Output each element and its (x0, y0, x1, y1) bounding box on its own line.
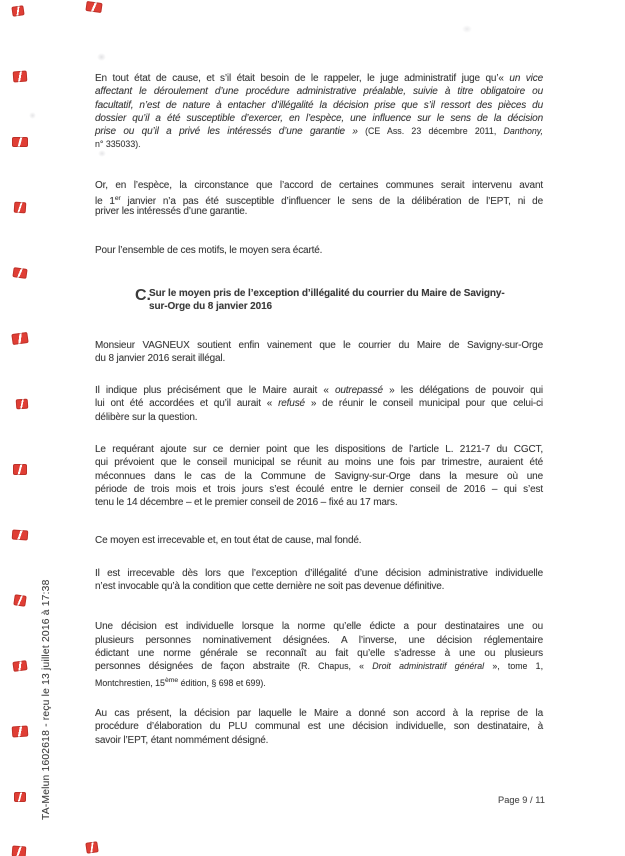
text-line: édictant une norme générale se reconnaît… (95, 647, 543, 660)
text-line: sur-Orge du 8 janvier 2016 (149, 300, 543, 313)
scan-smudge (462, 25, 472, 33)
paragraph: En tout état de cause, et s’il était bes… (95, 72, 543, 152)
red-edge-mark (12, 725, 29, 737)
red-edge-mark (12, 137, 28, 147)
paragraph: Ce moyen est irrecevable et, en tout éta… (95, 534, 543, 547)
text-line: procédure d’élaboration du PLU communal … (95, 720, 543, 733)
text-line: du 8 janvier 2016 serait illégal. (95, 352, 543, 365)
red-edge-mark (12, 660, 27, 672)
text-line: affectant le déroulement d’une procédure… (95, 85, 543, 98)
red-edge-mark (14, 792, 26, 802)
paragraph: Au cas présent, la décision par laquelle… (95, 707, 543, 747)
text-line: prise ou qu’il a privé les intéressés d’… (95, 125, 543, 138)
paragraph: Pour l’ensemble de ces motifs, le moyen … (95, 244, 543, 257)
red-edge-mark (12, 267, 27, 279)
text-line: Pour l’ensemble de ces motifs, le moyen … (95, 244, 543, 257)
red-edge-mark (13, 464, 27, 475)
red-edge-mark (85, 1, 102, 13)
tribunal-receipt-stamp: TA-Melun 1602618 - reçu le 13 juillet 20… (41, 580, 52, 821)
scanned-document-page: TA-Melun 1602618 - reçu le 13 juillet 20… (0, 0, 625, 856)
red-edge-mark (13, 594, 26, 607)
text-line: Ce moyen est irrecevable et, en tout éta… (95, 534, 543, 547)
paragraph: Il indique plus précisément que le Maire… (95, 384, 543, 424)
text-line: Une décision est individuelle lorsque la… (95, 620, 543, 633)
text-line: Il est irrecevable dès lors que l’except… (95, 567, 543, 580)
text-line: qui prévoient que le conseil municipal s… (95, 456, 543, 469)
text-line: lui ont été accordées et qu’il aurait « … (95, 397, 543, 410)
paragraph: Monsieur VAGNEUX soutient enfin vainemen… (95, 339, 543, 366)
text-line: priver les intéressés d’une garantie. (95, 205, 543, 218)
red-edge-mark (14, 202, 27, 214)
text-line: Au cas présent, la décision par laquelle… (95, 707, 543, 720)
red-edge-mark (11, 5, 24, 17)
paragraph: Il est irrecevable dès lors que l’except… (95, 567, 543, 594)
text-line: méconnues dans le cas de la Commune de S… (95, 470, 543, 483)
text-line: tenu le 14 décembre – et le premier cons… (95, 496, 543, 509)
red-edge-mark (85, 841, 98, 854)
text-line: le 1er janvier n’a pas été susceptible d… (95, 192, 543, 205)
text-line: personnes désignées de façon abstraite (… (95, 660, 543, 673)
text-line: n’est invocable qu’à la condition que ce… (95, 580, 543, 593)
red-edge-mark (13, 71, 28, 83)
text-line: n° 335033). (95, 138, 543, 151)
page-number: Page 9 / 11 (498, 795, 545, 805)
text-line: savoir l’EPT, étant nommément désigné. (95, 734, 543, 747)
paragraph: Or, en l’espèce, la circonstance que l’a… (95, 179, 543, 219)
heading-marker: C. (135, 287, 151, 305)
red-edge-mark (16, 399, 29, 410)
red-edge-mark (12, 846, 27, 856)
text-line: En tout état de cause, et s’il était bes… (95, 72, 543, 85)
text-line: Il indique plus précisément que le Maire… (95, 384, 543, 397)
paragraph: Une décision est individuelle lorsque la… (95, 620, 543, 686)
text-line: facultatif, n’est de nature à entacher d… (95, 99, 543, 112)
text-line: délibère sur la question. (95, 411, 543, 424)
text-line: Le requérant ajoute sur ce dernier point… (95, 443, 543, 456)
red-edge-mark (12, 529, 29, 540)
text-line: période de trois mois et trois jours s’e… (95, 483, 543, 496)
section-heading: C.Sur le moyen pris de l’exception d’ill… (95, 287, 543, 314)
text-line: Montchrestien, 15ème édition, § 698 et 6… (95, 674, 543, 687)
text-line: Monsieur VAGNEUX soutient enfin vainemen… (95, 339, 543, 352)
text-line: Or, en l’espèce, la circonstance que l’a… (95, 179, 543, 192)
scan-smudge (29, 112, 36, 119)
paragraph: Le requérant ajoute sur ce dernier point… (95, 443, 543, 509)
scan-smudge (97, 53, 106, 61)
text-line: plusieurs personnes nominativement désig… (95, 634, 543, 647)
text-line: Sur le moyen pris de l’exception d’illég… (149, 287, 543, 300)
document-body: En tout état de cause, et s’il était bes… (95, 72, 543, 747)
text-line: dossier qu’il a été susceptible d’exerce… (95, 112, 543, 125)
red-edge-mark (11, 332, 28, 345)
